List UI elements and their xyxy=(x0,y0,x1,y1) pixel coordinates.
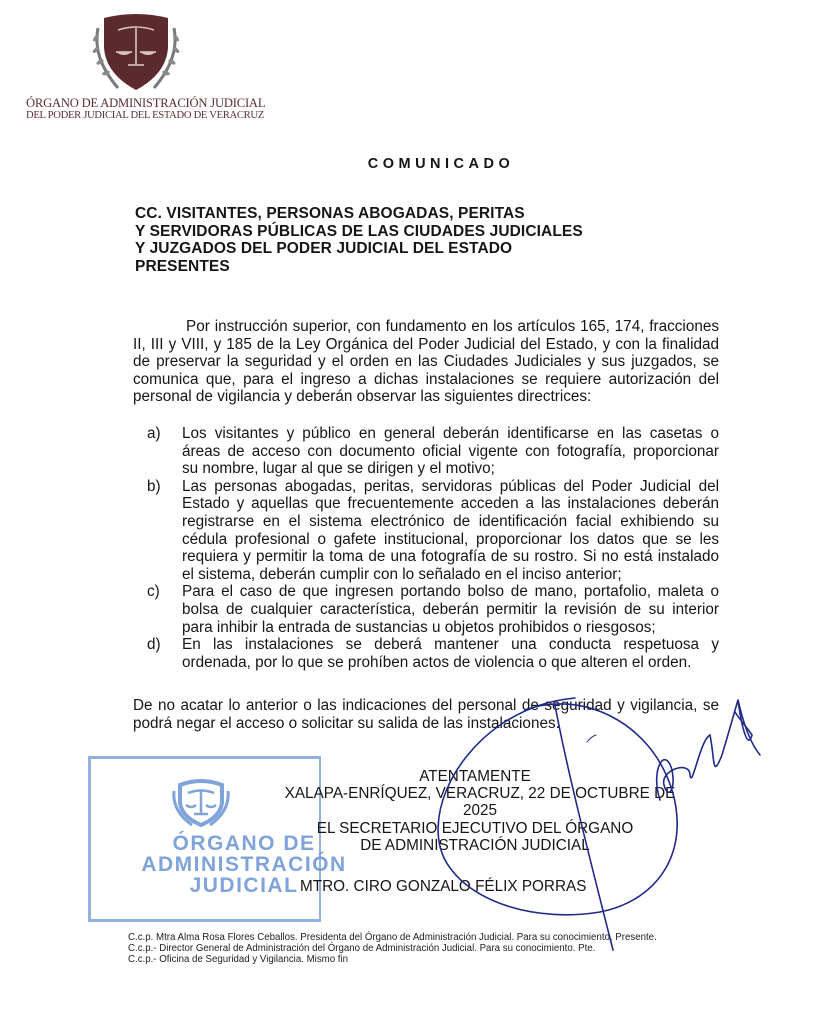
directive-line: registrarse en el sistema electrónico de… xyxy=(182,513,719,531)
scales-of-justice-shield-icon xyxy=(172,777,230,827)
paragraph-line: personal de vigilancia y deberán observa… xyxy=(133,388,719,406)
signer-position: EL SECRETARIO EJECUTIVO DEL ÓRGANO xyxy=(260,820,690,837)
letterhead-line2: DEL PODER JUDICIAL DEL ESTADO DE VERACRU… xyxy=(26,110,264,121)
directive-line: En las instalaciones se deberá mantener … xyxy=(182,636,719,654)
closing-paragraph: De no acatar lo anterior o las indicacio… xyxy=(133,697,719,732)
directive-line: bolsa de cualquier característica, deber… xyxy=(182,601,719,619)
document-title: COMUNICADO xyxy=(0,156,822,172)
directive-marker: a) xyxy=(147,425,161,443)
directive-item: c)Para el caso de que ingresen portando … xyxy=(147,583,719,636)
directive-marker: c) xyxy=(147,583,160,601)
directive-line: su nombre, lugar al que se dirigen y el … xyxy=(182,460,719,478)
addressee-line: CC. VISITANTES, PERSONAS ABOGADAS, PERIT… xyxy=(135,205,583,223)
directives-list: a)Los visitantes y público en general de… xyxy=(147,425,719,671)
paragraph-line: comunica que, para el ingreso a dichas i… xyxy=(133,371,719,389)
ccp-line: C.c.p.- Oficina de Seguridad y Vigilanci… xyxy=(128,954,657,965)
directive-item: d)En las instalaciones se deberá mantene… xyxy=(147,636,719,671)
directive-line: Las personas abogadas, peritas, servidor… xyxy=(182,478,719,496)
addressee-line: PRESENTES xyxy=(135,258,583,276)
paragraph-line: de preservar la seguridad y el orden en … xyxy=(133,353,719,371)
stamp-line: ADMINISTRACIÓN xyxy=(108,854,380,875)
place-date: XALAPA-ENRÍQUEZ, VERACRUZ, 22 DE OCTUBRE… xyxy=(260,785,690,819)
ccp-line: C.c.p.- Director General de Administraci… xyxy=(128,943,657,954)
paragraph-line: De no acatar lo anterior o las indicacio… xyxy=(133,697,719,715)
directive-item: b)Las personas abogadas, peritas, servid… xyxy=(147,478,719,584)
directive-line: requiera y permitir la toma de una fotog… xyxy=(182,548,719,566)
addressee-line: Y SERVIDORAS PÚBLICAS DE LAS CIUDADES JU… xyxy=(135,223,583,241)
intro-paragraph: Por instrucción superior, con fundamento… xyxy=(133,318,719,406)
paragraph-line: Por instrucción superior, con fundamento… xyxy=(133,318,719,336)
directive-line: para inhibir la entrada de sustancias u … xyxy=(182,619,719,637)
ccp-line: C.c.p. Mtra Alma Rosa Flores Ceballos. P… xyxy=(128,932,657,943)
directive-line: Para el caso de que ingresen portando bo… xyxy=(182,583,719,601)
directive-line: cédula profesional o gafete instituciona… xyxy=(182,531,719,549)
signer-name: MTRO. CIRO GONZALO FÉLIX PORRAS xyxy=(300,878,586,896)
addressee-line: Y JUZGADOS DEL PODER JUDICIAL DEL ESTADO xyxy=(135,240,583,258)
paragraph-line: II, III y VIII, y 185 de la Ley Orgánica… xyxy=(133,336,719,354)
directive-item: a)Los visitantes y público en general de… xyxy=(147,425,719,478)
paragraph-line: podrá negar el acceso o solicitar su sal… xyxy=(133,715,719,733)
directive-line: Los visitantes y público en general debe… xyxy=(182,425,719,443)
carbon-copy-list: C.c.p. Mtra Alma Rosa Flores Ceballos. P… xyxy=(128,932,657,966)
signature-block: ATENTAMENTE XALAPA-ENRÍQUEZ, VERACRUZ, 2… xyxy=(260,768,690,854)
directive-line: ordenada, por lo que se prohíben actos d… xyxy=(182,654,719,672)
directive-line: Estado y aquellas que frecuentemente acc… xyxy=(182,495,719,513)
directive-line: áreas de acceso con documento oficial vi… xyxy=(182,443,719,461)
addressee: CC. VISITANTES, PERSONAS ABOGADAS, PERIT… xyxy=(135,205,583,275)
letterhead-line1: ÓRGANO DE ADMINISTRACIÓN JUDICIAL xyxy=(26,96,265,111)
directive-marker: d) xyxy=(147,636,161,654)
scales-of-justice-shield-icon xyxy=(88,8,184,94)
directive-line: el sistema, deberán cumplir con lo señal… xyxy=(182,566,719,584)
signer-position: DE ADMINISTRACIÓN JUDICIAL xyxy=(260,837,690,854)
salutation: ATENTAMENTE xyxy=(260,768,690,785)
directive-marker: b) xyxy=(147,478,161,496)
